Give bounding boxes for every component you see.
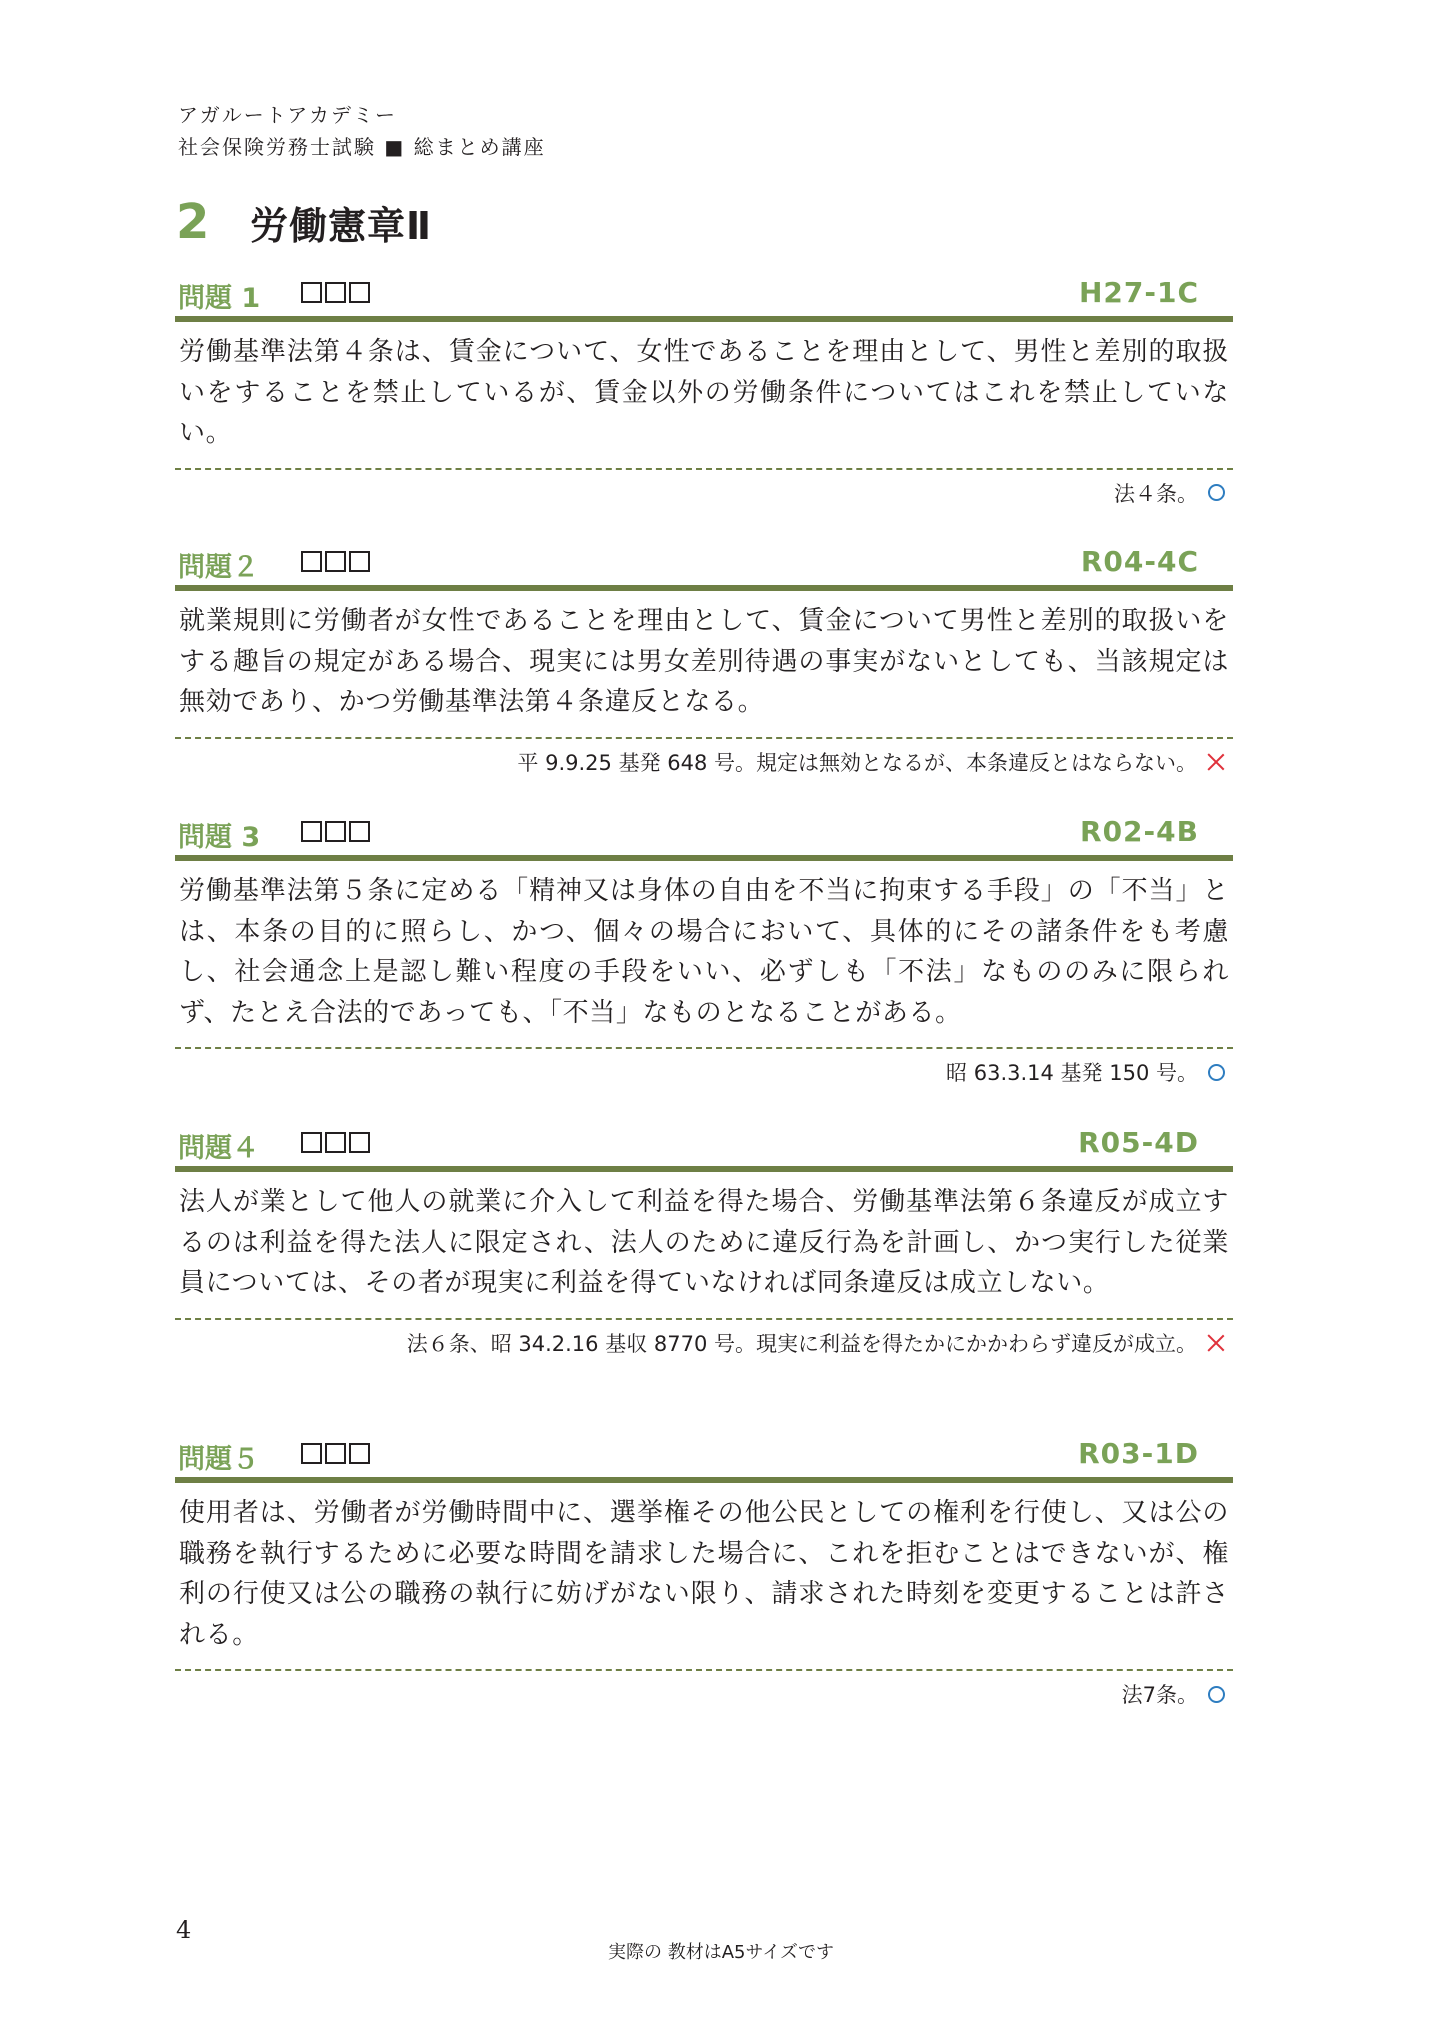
chapter-number: 2 [176, 194, 250, 250]
question-4: 問題４ R05-4D 法人が業として他人の就業に介入して利益を得た場合、労働基準… [175, 1126, 1233, 1358]
chapter-title: 労働憲章Ⅱ [250, 195, 432, 250]
answer-row: 昭 63.3.14 基発 150 号。 [175, 1049, 1233, 1087]
question-label: 問題 1 [178, 276, 260, 315]
review-checkbox[interactable] [301, 551, 322, 572]
review-checkbox[interactable] [325, 551, 346, 572]
exam-code: H27-1C [1079, 276, 1199, 309]
question-text: 法人が業として他人の就業に介入して利益を得た場合、労働基準法第６条違反が成立する… [175, 1172, 1233, 1304]
question-text: 就業規則に労働者が女性であることを理由として、賃金について男性と差別的取扱いをす… [175, 591, 1233, 723]
review-checkboxes [301, 821, 370, 842]
review-checkbox[interactable] [349, 1443, 370, 1464]
publisher-name: アガルートアカデミー [178, 99, 397, 128]
exam-code: R05-4D [1078, 1126, 1199, 1159]
review-checkboxes [301, 1132, 370, 1153]
review-checkboxes [301, 1443, 370, 1464]
question-text: 労働基準法第４条は、賃金について、女性であることを理由として、男性と差別的取扱い… [175, 322, 1233, 454]
review-checkbox[interactable] [349, 282, 370, 303]
question-label: 問題５ [178, 1437, 259, 1476]
question-3: 問題 3 R02-4B 労働基準法第５条に定める「精神又は身体の自由を不当に拘束… [175, 815, 1233, 1087]
question-header: 問題 1 H27-1C [175, 276, 1233, 316]
question-header: 問題２ R04-4C [175, 545, 1233, 585]
review-checkbox[interactable] [301, 1443, 322, 1464]
question-5: 問題５ R03-1D 使用者は、労働者が労働時間中に、選挙権その他公民としての権… [175, 1437, 1233, 1709]
question-header: 問題 3 R02-4B [175, 815, 1233, 855]
question-2: 問題２ R04-4C 就業規則に労働者が女性であることを理由として、賃金について… [175, 545, 1233, 777]
review-checkbox[interactable] [349, 551, 370, 572]
answer-text: 法６条、昭 34.2.16 基収 8770 号。現実に利益を得たかにかかわらず違… [407, 1328, 1197, 1358]
answer-row: 平 9.9.25 基発 648 号。規定は無効となるが、本条違反とはならない。 [175, 739, 1233, 777]
review-checkbox[interactable] [325, 282, 346, 303]
question-text: 使用者は、労働者が労働時間中に、選挙権その他公民としての権利を行使し、又は公の職… [175, 1483, 1233, 1655]
exam-code: R02-4B [1080, 815, 1199, 848]
review-checkbox[interactable] [325, 1443, 346, 1464]
answer-row: 法４条。 [175, 470, 1233, 508]
review-checkboxes [301, 551, 370, 572]
review-checkbox[interactable] [325, 1132, 346, 1153]
exam-code: R03-1D [1078, 1437, 1199, 1470]
incorrect-cross-icon [1207, 753, 1225, 771]
answer-text: 法４条。 [1114, 478, 1198, 508]
question-label: 問題２ [178, 545, 259, 584]
correct-circle-icon [1208, 484, 1225, 501]
answer-text: 法7条。 [1122, 1679, 1198, 1709]
correct-circle-icon [1208, 1064, 1225, 1081]
question-header: 問題５ R03-1D [175, 1437, 1233, 1477]
incorrect-cross-icon [1207, 1334, 1225, 1352]
answer-row: 法7条。 [175, 1671, 1233, 1709]
review-checkbox[interactable] [349, 821, 370, 842]
review-checkbox[interactable] [325, 821, 346, 842]
exam-code: R04-4C [1081, 545, 1199, 578]
question-header: 問題４ R05-4D [175, 1126, 1233, 1166]
review-checkbox[interactable] [301, 282, 322, 303]
footer-note: 実際の 教材はA5サイズです [0, 1938, 1434, 1964]
question-label: 問題 3 [178, 815, 260, 854]
question-1: 問題 1 H27-1C 労働基準法第４条は、賃金について、女性であることを理由と… [175, 276, 1233, 508]
review-checkboxes [301, 282, 370, 303]
correct-circle-icon [1208, 1686, 1225, 1703]
question-text: 労働基準法第５条に定める「精神又は身体の自由を不当に拘束する手段」の「不当」とは… [175, 861, 1233, 1033]
chapter-heading: 2 労働憲章Ⅱ [176, 192, 432, 252]
answer-text: 昭 63.3.14 基発 150 号。 [946, 1057, 1198, 1087]
answer-row: 法６条、昭 34.2.16 基収 8770 号。現実に利益を得たかにかかわらず違… [175, 1320, 1233, 1358]
question-label: 問題４ [178, 1126, 259, 1165]
review-checkbox[interactable] [349, 1132, 370, 1153]
review-checkbox[interactable] [301, 1132, 322, 1153]
course-title: 社会保険労務士試験 ■ 総まとめ講座 [178, 131, 546, 160]
answer-text: 平 9.9.25 基発 648 号。規定は無効となるが、本条違反とはならない。 [517, 747, 1197, 777]
review-checkbox[interactable] [301, 821, 322, 842]
